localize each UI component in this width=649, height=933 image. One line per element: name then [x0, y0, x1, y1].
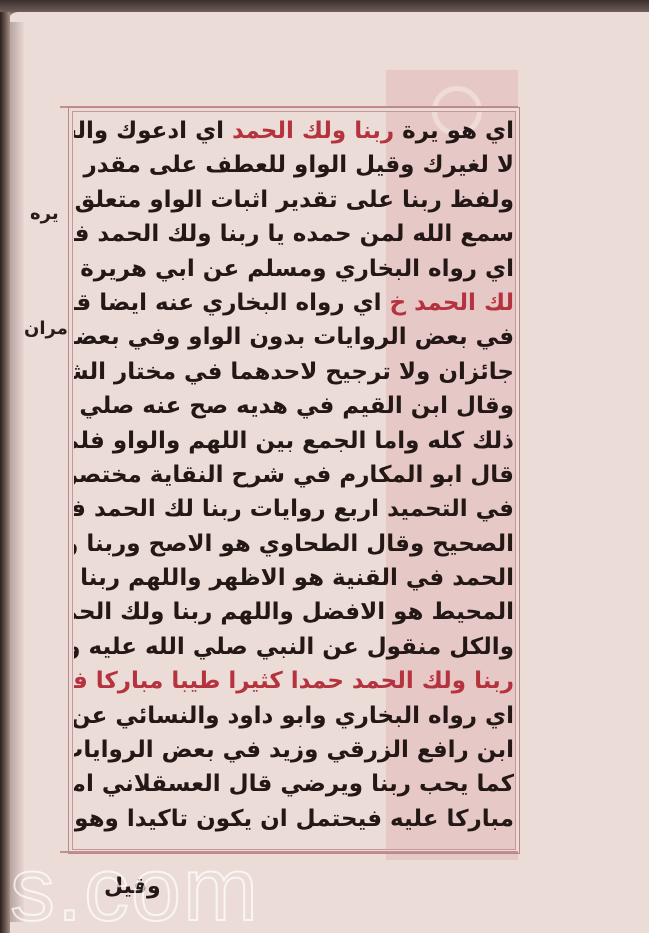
- manuscript-line: اي هو يرة ربنا ولك الحمد اي ادعوك والحال…: [74, 114, 514, 148]
- manuscript-line: مباركا عليه فيحتمل ان يكون تاكيدا وهو ال…: [74, 802, 514, 836]
- manuscript-line: اي رواه البخاري ومسلم عن ابي هريرة ايضا …: [74, 252, 514, 286]
- manuscript-line: وقال ابن القيم في هديه صح عنه صلي الله ع…: [74, 389, 514, 423]
- manuscript-line: المحيط هو الافضل واللهم ربنا ولك الحمد و…: [74, 595, 514, 629]
- line-text: اي هو يرة: [394, 118, 514, 144]
- line-text: لا لغيرك وقيل الواو للعطف على مقدر قال ا…: [74, 152, 514, 178]
- line-text: الصحيح وقال الطحاوي هو الاصح وربنا ولك: [74, 531, 514, 557]
- line-text: اي رواه البخاري وابو داود والنسائي عن رف…: [74, 703, 514, 729]
- book-spine: [0, 12, 10, 933]
- gutter-shadow: [10, 22, 24, 922]
- line-text: في بعض الروايات بدون الواو وفي بعضها باث…: [74, 324, 514, 350]
- manuscript-text-block: اي هو يرة ربنا ولك الحمد اي ادعوك والحال…: [74, 114, 514, 836]
- line-text: مباركا عليه فيحتمل ان يكون تاكيدا وهو ال…: [74, 806, 514, 832]
- line-text: ابن رافع الزرقي وزيد في بعض الروايات مبا…: [74, 737, 514, 763]
- manuscript-line: سمع الله لمن حمده يا ربنا ولك الحمد فاست…: [74, 217, 514, 251]
- line-text: اي رواه البخاري عنه ايضا قال ميرك: [74, 290, 390, 316]
- line-text: وقال ابن القيم في هديه صح عنه صلي الله ع…: [74, 393, 514, 419]
- manuscript-line: الصحيح وقال الطحاوي هو الاصح وربنا ولك: [74, 527, 514, 561]
- line-text: اي ادعوك والحال ان الحمد لك: [74, 118, 232, 144]
- manuscript-line: ابن رافع الزرقي وزيد في بعض الروايات مبا…: [74, 733, 514, 767]
- line-text: المحيط هو الافضل واللهم ربنا ولك الحمد و…: [74, 599, 514, 625]
- line-text: سمع الله لمن حمده يا ربنا ولك الحمد فاست…: [74, 221, 514, 247]
- line-text: والكل منقول عن النبي صلي الله عليه وسلم …: [74, 634, 514, 660]
- rubric-text: لك الحمد خ: [390, 290, 514, 316]
- line-text: الحمد في القنية هو الاظهر واللهم ربنا لك…: [74, 565, 514, 591]
- manuscript-line: لا لغيرك وقيل الواو للعطف على مقدر قال ا…: [74, 148, 514, 182]
- manuscript-line: ذلك كله واما الجمع بين اللهم والواو فلم …: [74, 424, 514, 458]
- rubric-text: ربنا ولك الحمد: [232, 118, 394, 144]
- manuscript-line: في بعض الروايات بدون الواو وفي بعضها باث…: [74, 320, 514, 354]
- line-text: كما يحب ربنا ويرضي قال العسقلاني اما قول…: [74, 771, 514, 797]
- manuscript-line: ربنا ولك الحمد حمدا كثيرا طيبا مباركا في…: [74, 664, 514, 698]
- rubric-text: ربنا ولك الحمد حمدا كثيرا طيبا مباركا في…: [74, 668, 514, 694]
- manuscript-line: في التحميد اربع روايات ربنا لك الحمد في …: [74, 492, 514, 526]
- watermark-text: s.com: [10, 845, 260, 933]
- manuscript-line: والكل منقول عن النبي صلي الله عليه وسلم …: [74, 630, 514, 664]
- manuscript-line: قال ابو المكارم في شرح النقاية مختصر الو…: [74, 458, 514, 492]
- manuscript-line: لك الحمد خ اي رواه البخاري عنه ايضا قال …: [74, 286, 514, 320]
- line-text: ولفظ ربنا على تقدير اثبات الواو متعلق بم…: [74, 187, 514, 213]
- margin-note: يره: [30, 203, 59, 224]
- line-text: ذلك كله واما الجمع بين اللهم والواو فلم …: [74, 428, 514, 454]
- line-text: قال ابو المكارم في شرح النقاية مختصر الو…: [74, 462, 514, 488]
- manuscript-line: جائزان ولا ترجيح لاحدهما في مختار الشافع…: [74, 355, 514, 389]
- line-text: في التحميد اربع روايات ربنا لك الحمد في …: [74, 496, 514, 522]
- manuscript-line: كما يحب ربنا ويرضي قال العسقلاني اما قول…: [74, 767, 514, 801]
- line-text: اي رواه البخاري ومسلم عن ابي هريرة ايضا: [74, 256, 514, 282]
- manuscript-line: الحمد في القنية هو الاظهر واللهم ربنا لك…: [74, 561, 514, 595]
- manuscript-line: اي رواه البخاري وابو داود والنسائي عن رف…: [74, 699, 514, 733]
- margin-note: مران: [24, 318, 68, 339]
- manuscript-line: ولفظ ربنا على تقدير اثبات الواو متعلق بم…: [74, 183, 514, 217]
- line-text: جائزان ولا ترجيح لاحدهما في مختار الشافع…: [74, 359, 514, 385]
